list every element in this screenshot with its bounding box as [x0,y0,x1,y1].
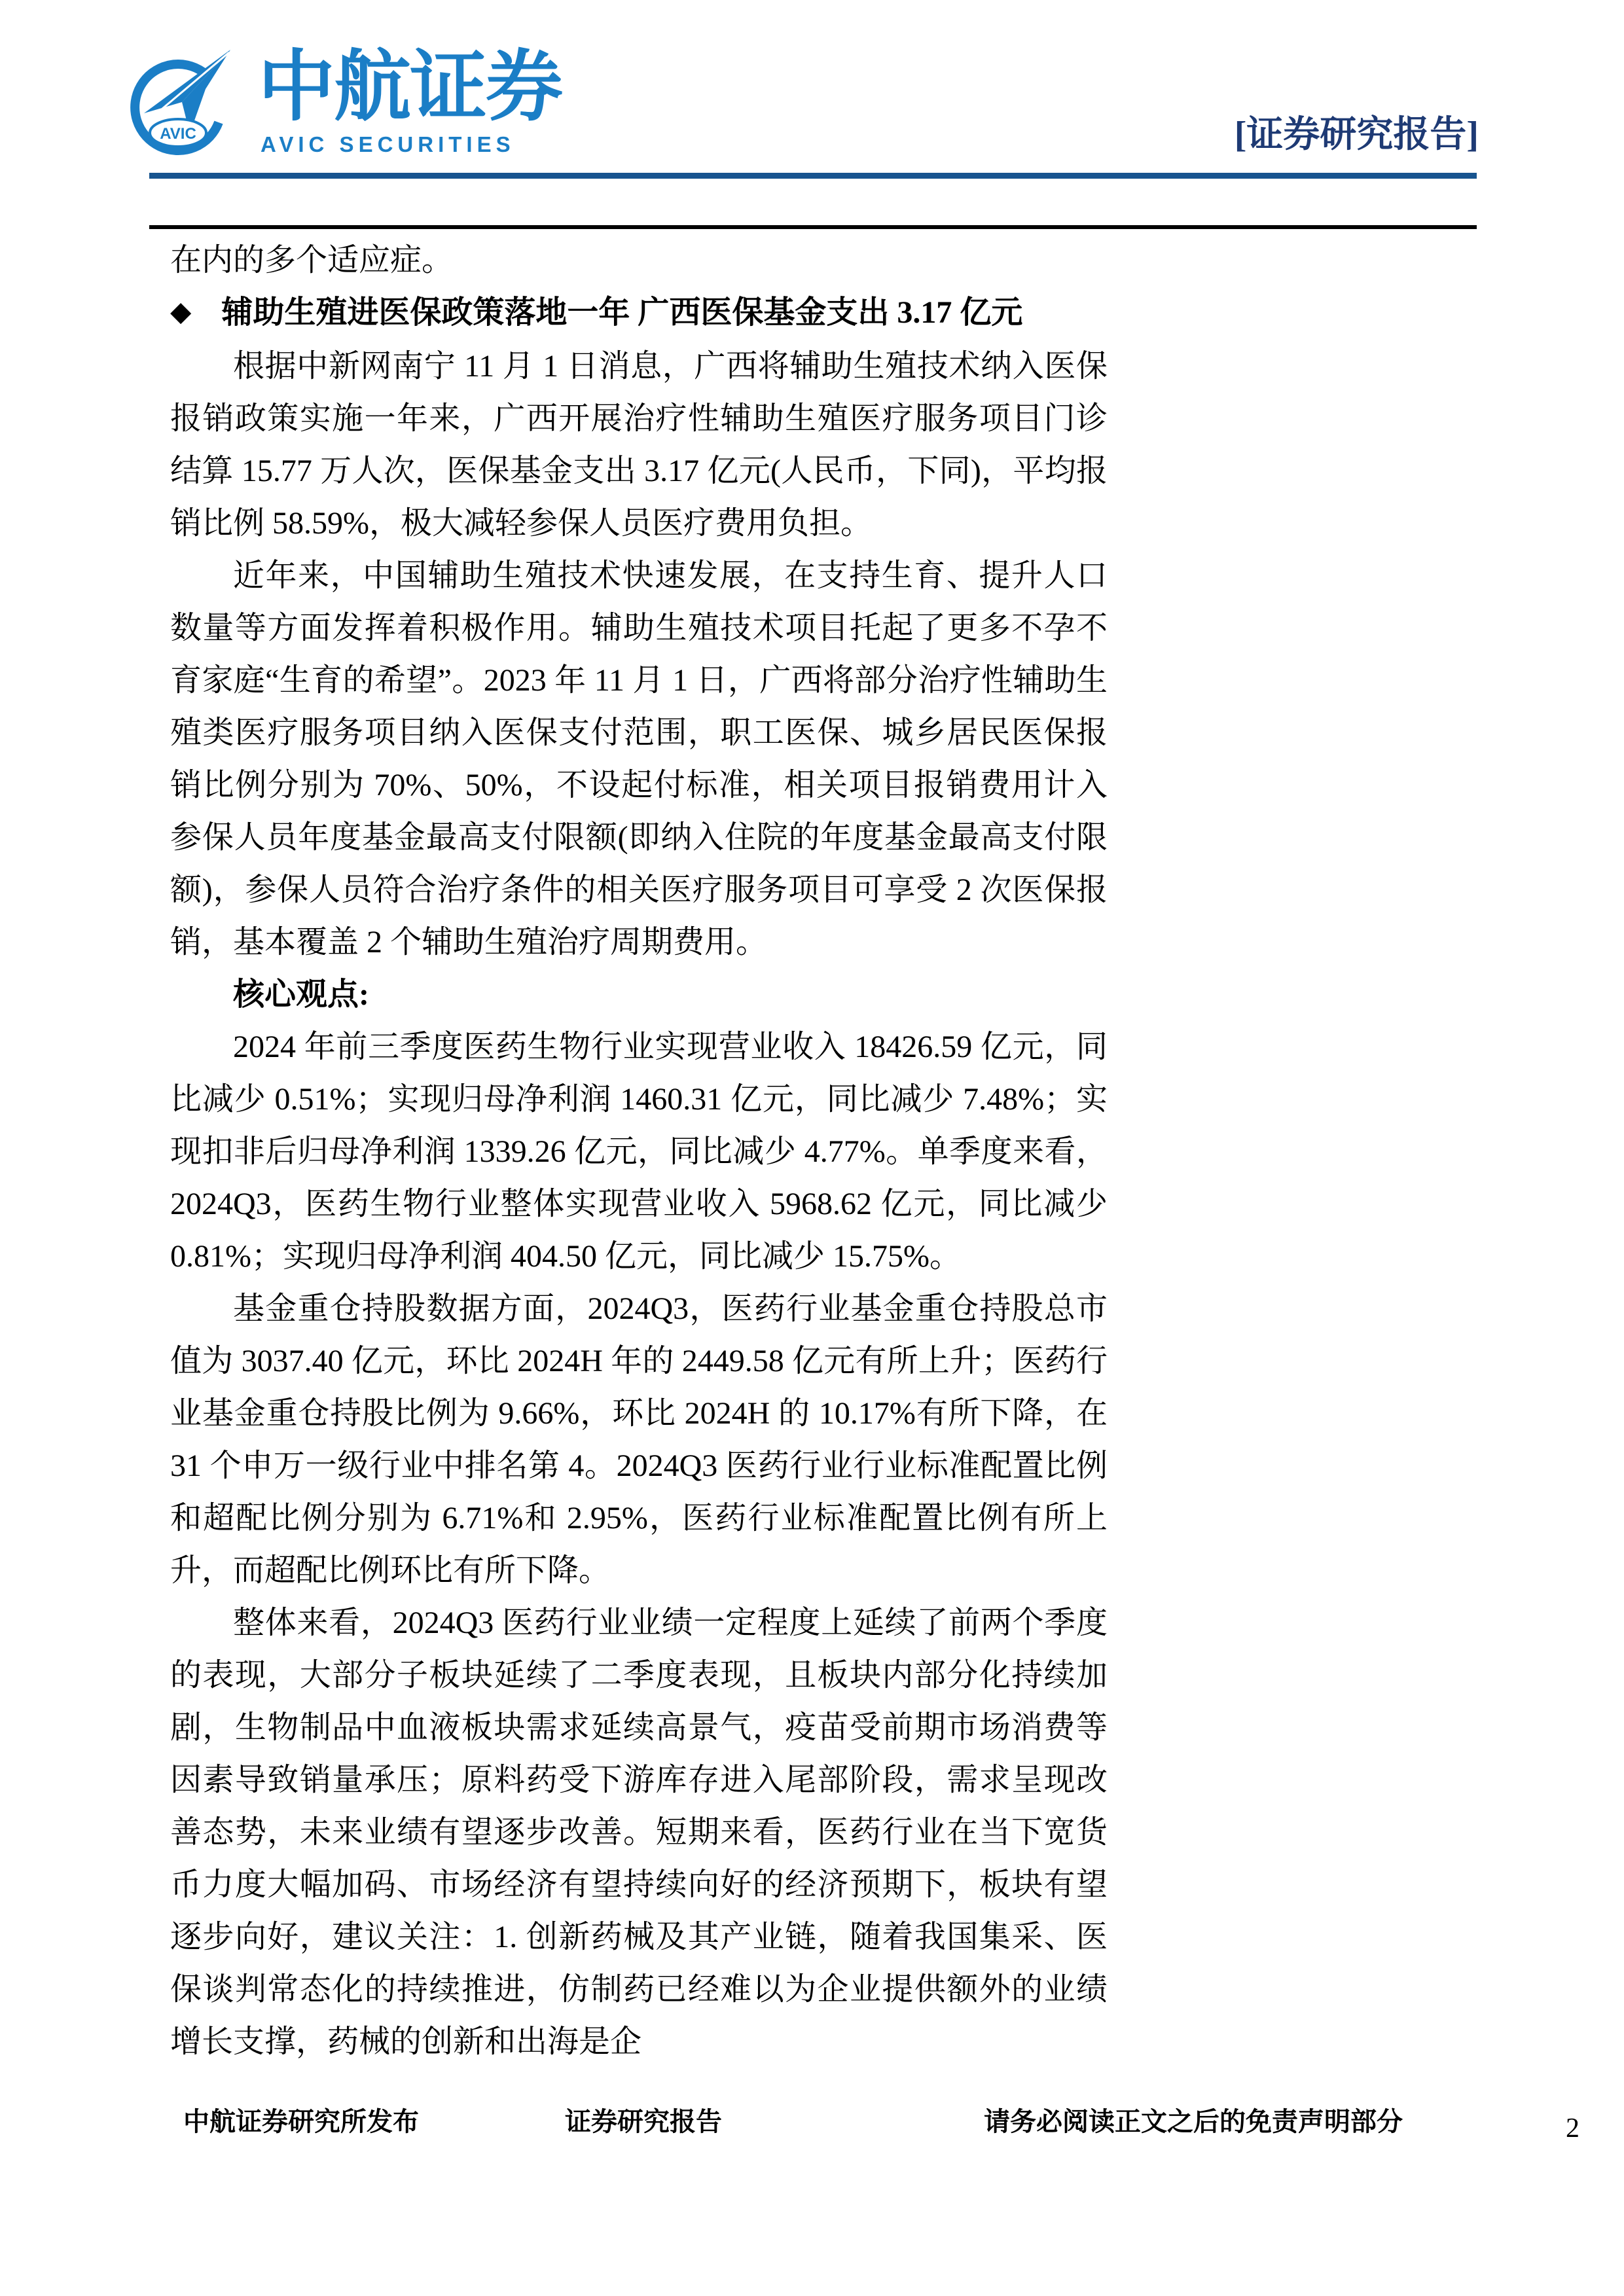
bullet-heading: ◆ 辅助生殖进医保政策落地一年 广西医保基金支出 3.17 亿元 [170,287,1108,340]
report-tag: [证券研究报告] [1235,117,1479,153]
brand-name-cn: 中航证券 [258,48,562,126]
footer-publisher: 中航证券研究所发布 [183,2106,419,2138]
paragraph-outlook: 整体来看，2024Q3 医药行业业绩一定程度上延续了前两个季度的表现，大部分子板… [170,1597,1108,2068]
body-top-divider [149,225,1477,229]
paragraph-news-1: 根据中新网南宁 11 月 1 日消息，广西将辅助生殖技术纳入医保报销政策实施一年… [170,340,1108,550]
report-body: 在内的多个适应症。 ◆ 辅助生殖进医保政策落地一年 广西医保基金支出 3.17 … [170,234,1108,2068]
paragraph-news-2: 近年来，中国辅助生殖技术快速发展，在支持生育、提升人口数量等方面发挥着积极作用。… [170,550,1108,969]
paragraph-continuation: 在内的多个适应症。 [170,234,1108,287]
paragraph-results-q3: 2024 年前三季度医药生物行业实现营业收入 18426.59 亿元，同比减少 … [170,1021,1108,1283]
core-view-heading: 核心观点: [170,969,1108,1021]
diamond-bullet-icon: ◆ [170,286,191,338]
footer-report-type: 证券研究报告 [565,2106,722,2138]
avic-logo-icon: AVIC [126,50,237,160]
logo-avic-label: AVIC [160,125,196,143]
footer-disclaimer: 请务必阅读正文之后的免责声明部分 [984,2106,1403,2138]
avic-logo: AVIC [126,50,237,160]
paragraph-fund-holdings: 基金重仓持股数据方面，2024Q3，医药行业基金重仓持股总市值为 3037.40… [170,1283,1108,1597]
page-number: 2 [1566,2113,1579,2144]
header-divider-blue [149,173,1477,179]
report-page: AVIC 中航证券 AVIC SECURITIES [证券研究报告] 在内的多个… [0,0,1624,2296]
brand-name-en: AVIC SECURITIES [261,134,515,155]
bullet-heading-text: 辅助生殖进医保政策落地一年 广西医保基金支出 3.17 亿元 [221,295,1022,330]
